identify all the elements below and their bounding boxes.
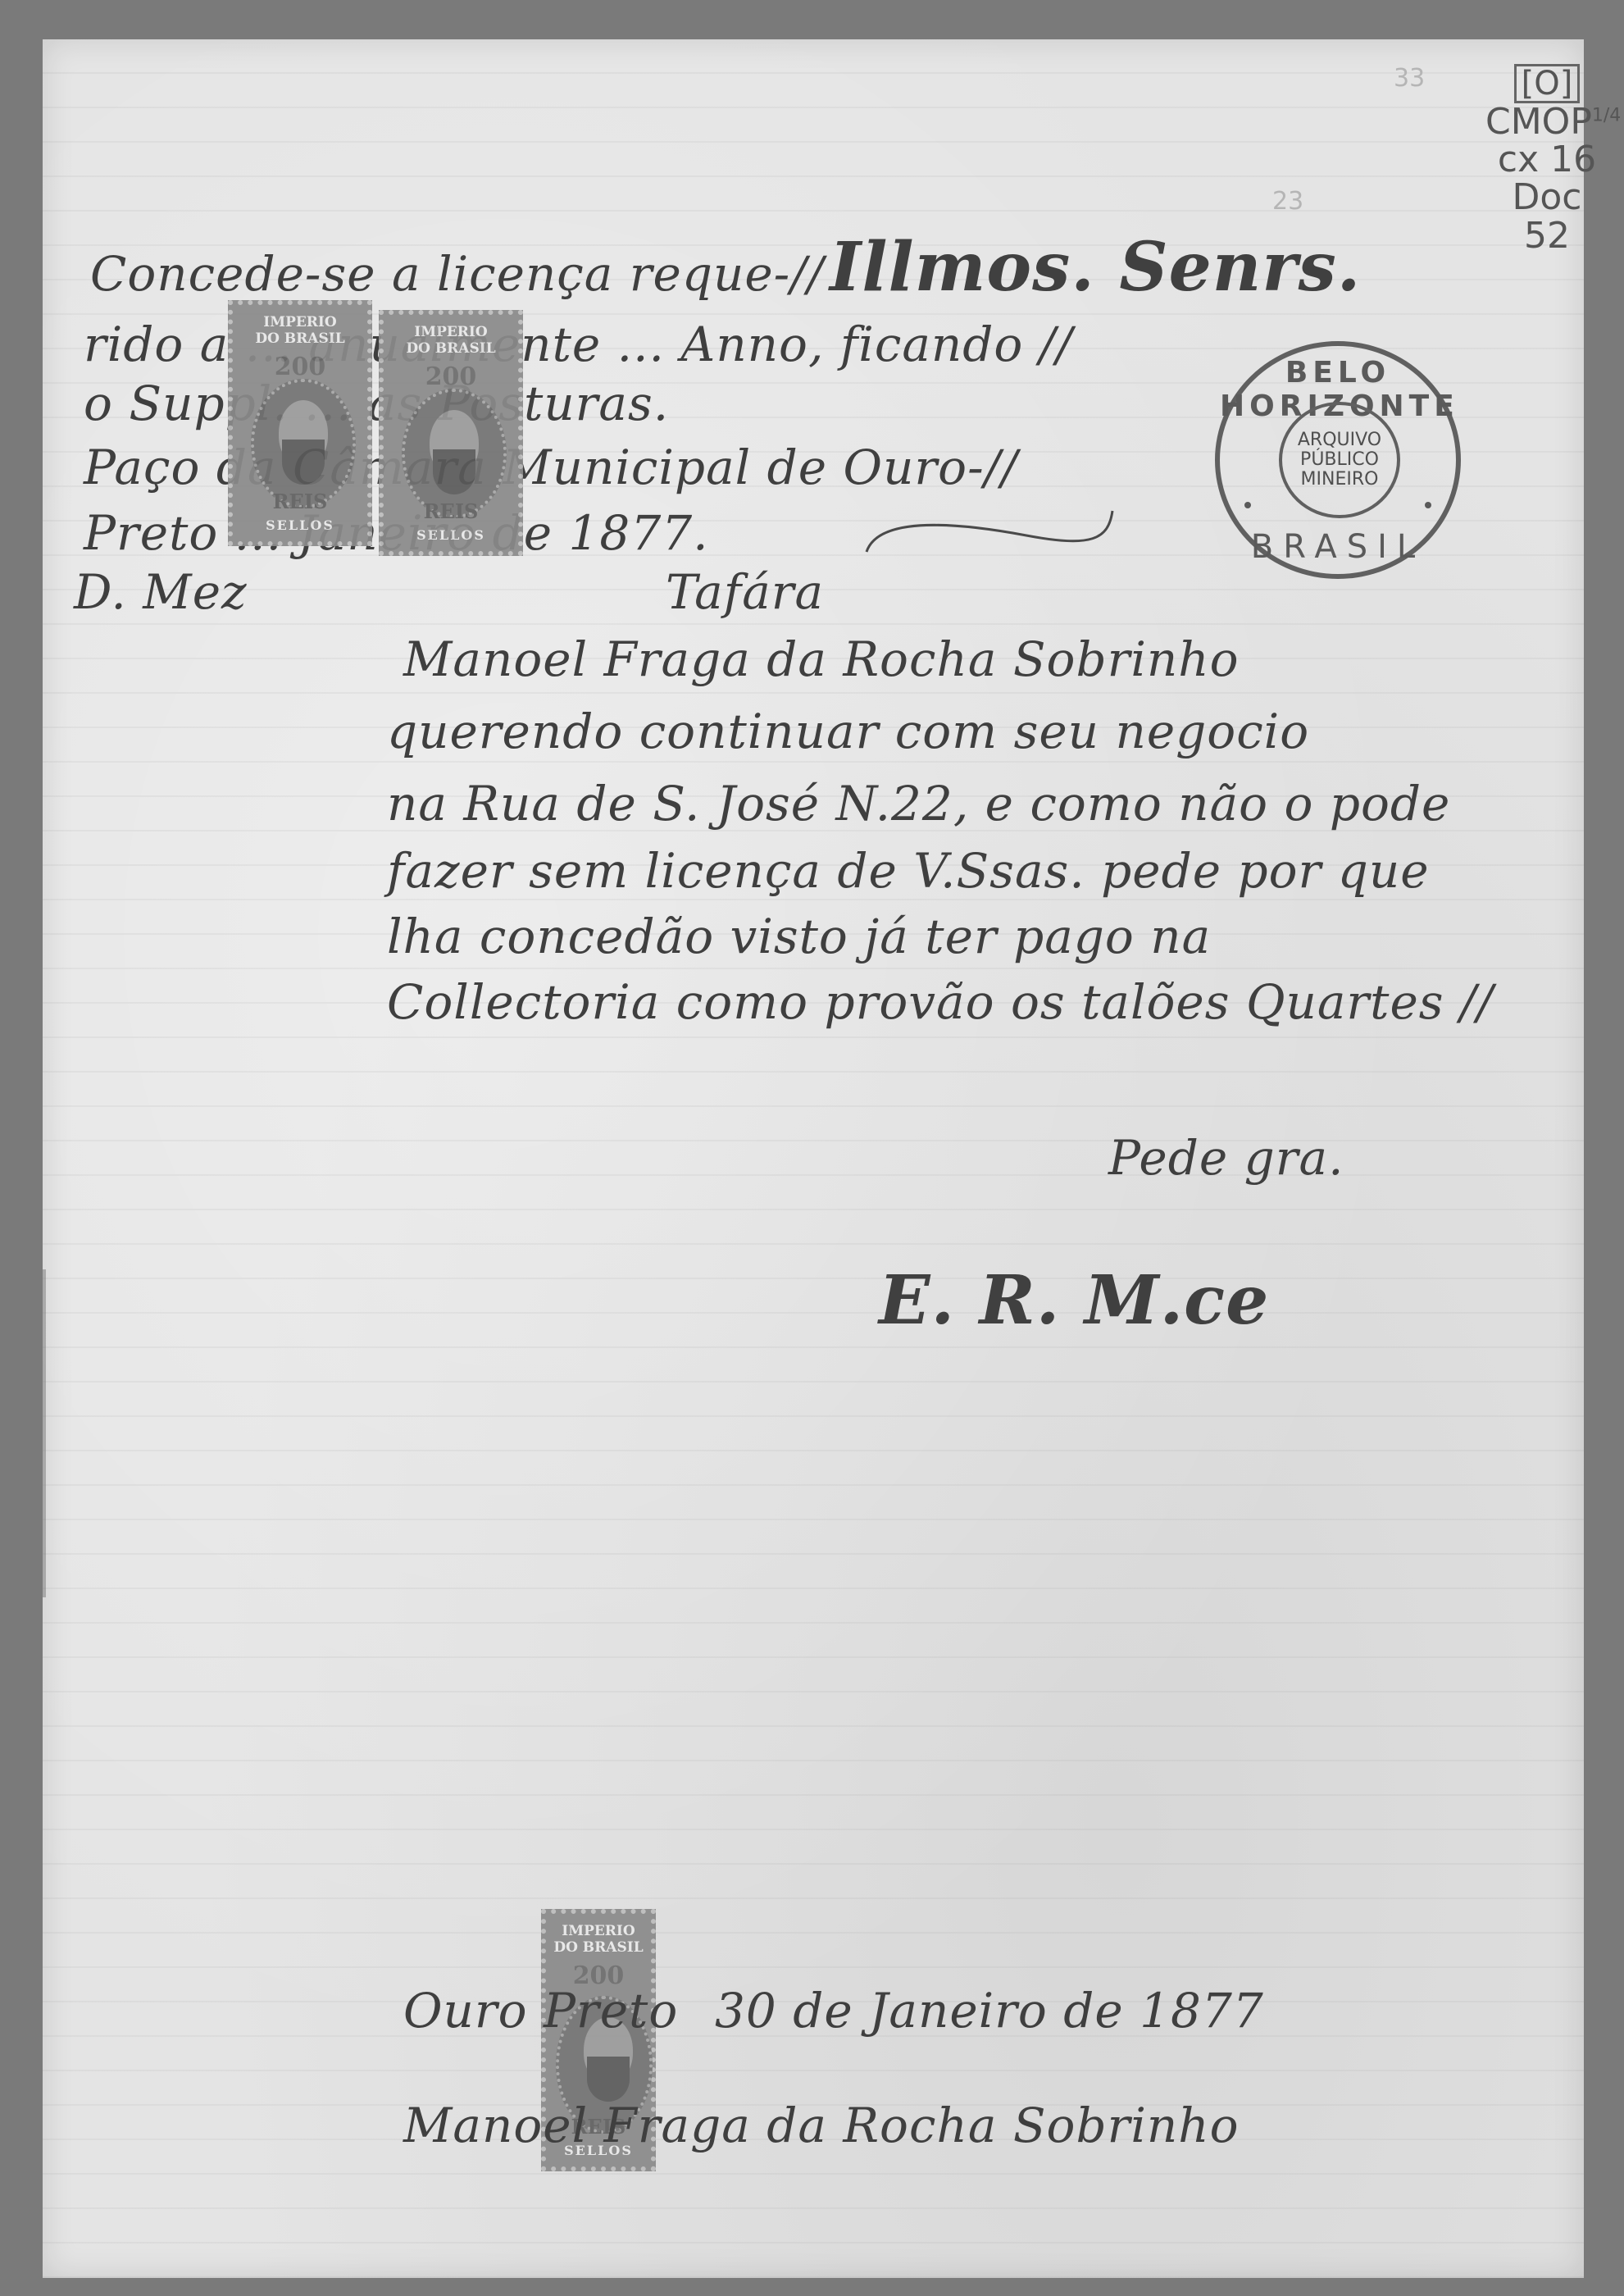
petition-line: Manoel Fraga da Rocha Sobrinho [403, 631, 1240, 687]
revenue-stamp: IMPERIODO BRASIL 200 REIS SELLOS [379, 310, 523, 556]
revenue-stamp: IMPERIODO BRASIL 200 REIS SELLOS [228, 300, 372, 546]
flourish-icon [862, 507, 1125, 556]
petition-line: lha concedão visto já ter pago na [387, 909, 1211, 964]
seal-dot [1244, 502, 1251, 508]
catalog-marks: [O] CMOP1/4 cx 16 Doc 52 [1485, 64, 1608, 255]
doc-number: Doc 52 [1485, 179, 1608, 254]
date-value: 30 de Janeiro de 1877 [715, 1983, 1264, 2039]
petition-line: Collectoria como provão os talões Quarte… [387, 974, 1494, 1030]
fund-mark: CMOP1/4 [1485, 103, 1608, 141]
seal-bottom-text: BRASIL [1220, 528, 1456, 566]
despacho-signature: D. Mez [74, 564, 248, 620]
despacho-line: Concede-se a licença reque-// [90, 246, 824, 302]
faint-pencil-number: 33 [1394, 64, 1425, 93]
document-sheet: [O] CMOP1/4 cx 16 Doc 52 33 23 BELO HORI… [43, 39, 1584, 2278]
seal-inner-ring: ARQUIVO PÚBLICO MINEIRO [1279, 402, 1400, 518]
petition-line: na Rua de S. José N.22, e como não o pod… [387, 776, 1450, 831]
box-number: cx 16 [1485, 141, 1608, 179]
seal-dot [1425, 502, 1431, 508]
archive-seal: BELO HORIZONTE ARQUIVO PÚBLICO MINEIRO B… [1215, 341, 1461, 579]
despacho-line: o Suppl. ... as Posturas. [84, 376, 669, 431]
faint-pencil-number: 23 [1272, 187, 1303, 216]
petition-closing: Pede gra. [1108, 1130, 1344, 1186]
petition-line: querendo continuar com seu negocio [387, 704, 1309, 759]
despacho-line: Paço da Câmara Municipal de Ouro-// [84, 440, 1018, 495]
rubric: Tafára [666, 564, 824, 620]
petition-formula: E. R. M.ce [879, 1261, 1269, 1340]
petition-line: fazer sem licença de V.Ssas. pede por qu… [387, 843, 1430, 899]
date-place: Ouro Preto [403, 1983, 678, 2039]
box-mark: [O] [1514, 64, 1581, 103]
salutation: Illmos. Senrs. [830, 228, 1361, 307]
petitioner-signature: Manoel Fraga da Rocha Sobrinho [403, 2098, 1240, 2153]
